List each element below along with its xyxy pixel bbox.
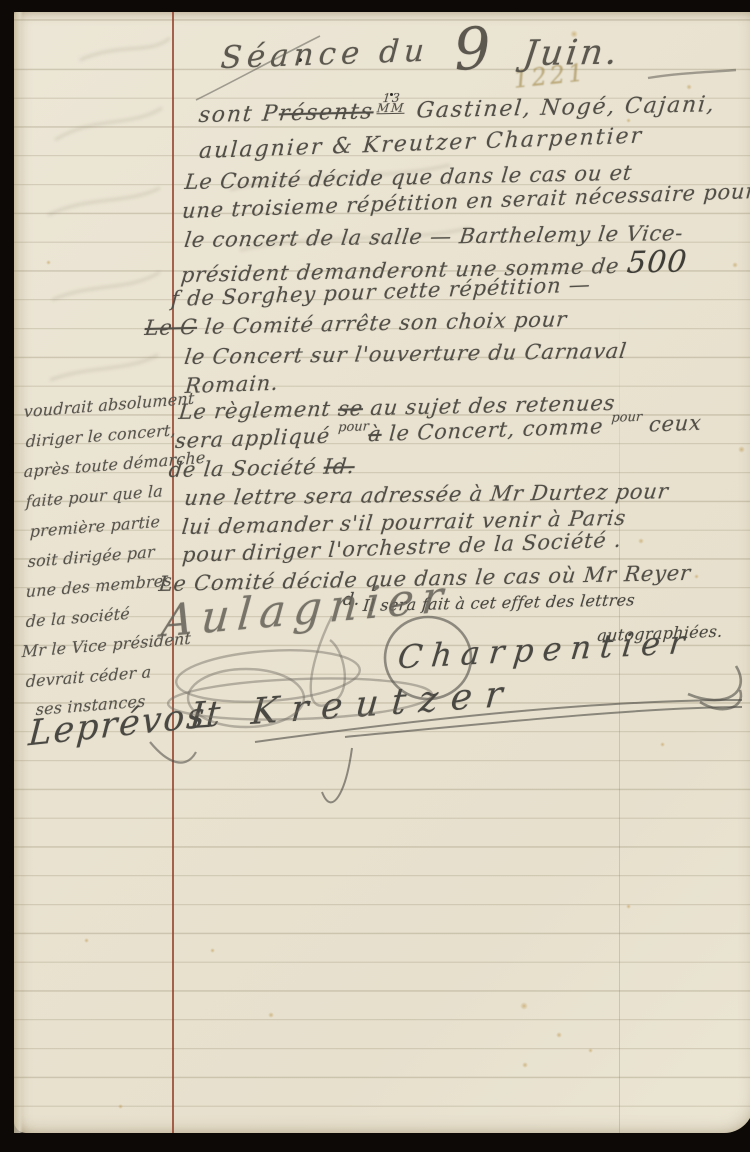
insertion-mark: 13MM	[376, 93, 406, 115]
manuscript-line: Romain.	[184, 371, 279, 398]
heading-seance-du: Séance du	[219, 33, 430, 76]
sum-amount: 500	[625, 244, 689, 280]
manuscript-photo: 1221 Séance du 9 Juin. sont Présents13MM…	[0, 0, 750, 1152]
heading-day: 9	[452, 14, 492, 84]
heading-month: Juin.	[521, 33, 622, 74]
